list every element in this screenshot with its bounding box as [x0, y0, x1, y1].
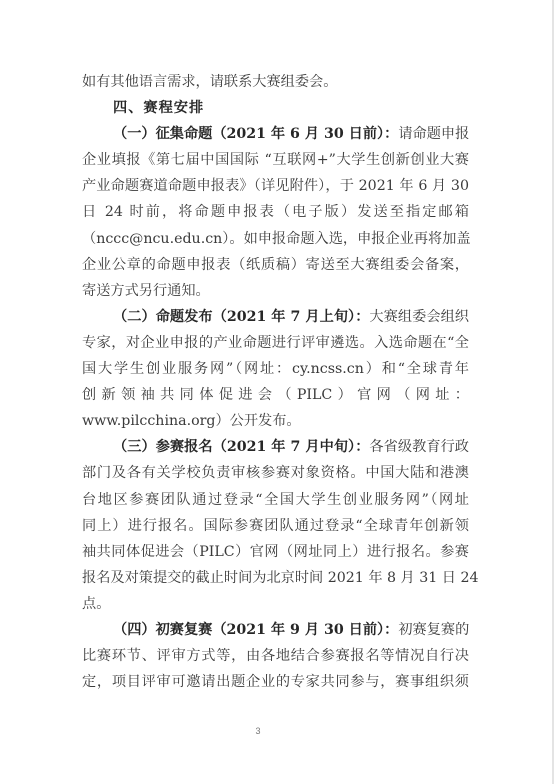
- text-line: 日 24 时前，将命题申报表（电子版）发送至指定邮箱: [82, 199, 469, 225]
- subsection-heading: （四）初赛复赛（2021 年 9 月 30 日前）：: [113, 622, 398, 638]
- subsection-line: （一）征集命题（2021 年 6 月 30 日前）：请命题申报: [82, 121, 469, 147]
- subsection-line: （二）命题发布（2021 年 7 月上旬）：大赛组委会组织: [82, 304, 469, 330]
- text-line: 同上）进行报名。国际参赛团队通过登录“全球青年创新领: [82, 513, 469, 539]
- subsection-heading: （二）命题发布（2021 年 7 月上旬）：: [113, 309, 369, 325]
- text-line: 报名及对策提交的截止时间为北京时间 2021 年 8 月 31 日 24: [82, 565, 469, 591]
- text-line: 企业填报《第七届中国国际 “互联网+”大学生创新创业大赛: [82, 147, 469, 173]
- text-line: （nccc@ncu.edu.cn）。如申报命题入选，申报企业再将加盖: [82, 226, 469, 252]
- subsection-heading: （三）参赛报名（2021 年 7 月中旬）：: [113, 439, 369, 455]
- page-number: 3: [253, 726, 263, 736]
- text-line: 定，项目评审可邀请出题企业的专家共同参与，赛事组织须: [82, 669, 469, 695]
- document-body: 如有其他语言需求，请联系大赛组委会。 四、赛程安排 （一）征集命题（2021 年…: [82, 69, 469, 695]
- text-line: 部门及各有关学校负责审核参赛对象资格。中国大陆和港澳: [82, 460, 469, 486]
- text-line: 寄送方式另行通知。: [82, 278, 469, 304]
- text-line: 专家，对企业申报的产业命题进行评审遴选。入选命题在“全: [82, 330, 469, 356]
- text-line: 点。: [82, 591, 469, 617]
- text-run: 各省级教育行政: [369, 439, 469, 455]
- text-line: 台地区参赛团队通过登录“全国大学生创业服务网”（网址: [82, 487, 469, 513]
- section-heading: 四、赛程安排: [82, 95, 469, 121]
- text-run: 大赛组委会组织: [369, 309, 469, 325]
- subsection-line: （四）初赛复赛（2021 年 9 月 30 日前）：初赛复赛的: [82, 617, 469, 643]
- text-run: 初赛复赛的: [398, 622, 469, 638]
- text-line: 如有其他语言需求，请联系大赛组委会。: [82, 69, 469, 95]
- text-line: 比赛环节、评审方式等，由各地结合参赛报名等情况自行决: [82, 643, 469, 669]
- text-run: 请命题申报: [398, 126, 469, 142]
- subsection-heading: （一）征集命题（2021 年 6 月 30 日前）：: [113, 126, 398, 142]
- subsection-line: （三）参赛报名（2021 年 7 月中旬）：各省级教育行政: [82, 434, 469, 460]
- text-line: www.pilcchina.org）公开发布。: [82, 408, 469, 434]
- text-line: 企业公章的命题申报表（纸质稿）寄送至大赛组委会备案，: [82, 252, 469, 278]
- text-line: 国大学生创业服务网”（网址：cy.ncss.cn）和“全球青年: [82, 356, 469, 382]
- text-line: 袖共同体促进会（PILC）官网（网址同上）进行报名。参赛: [82, 539, 469, 565]
- text-line: 创新领袖共同体促进会（PILC）官网（网址：: [82, 382, 469, 408]
- text-line: 产业命题赛道命题申报表》（详见附件），于 2021 年 6 月 30: [82, 173, 469, 199]
